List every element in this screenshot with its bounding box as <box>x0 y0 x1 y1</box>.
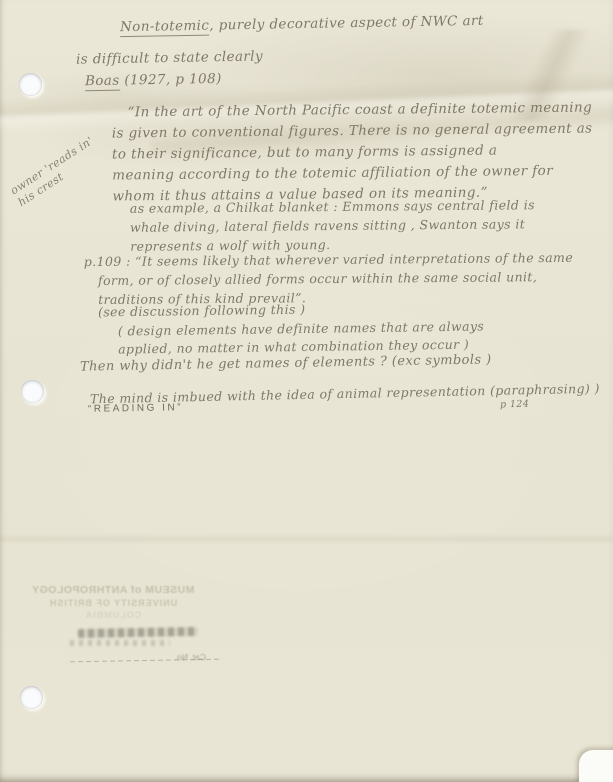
p109-quote-paragraph: p.109 : “It seems likely that wherever v… <box>84 248 574 309</box>
stamp-line-museum: MUSEUM of ANTHROPOLOGY <box>28 584 198 597</box>
title-underlined-part: Non-totemic <box>120 18 210 38</box>
note-title: Non-totemic, purely decorative aspect of… <box>120 13 484 35</box>
stamp-line-university: UNIVERSITY OF BRITISH <box>28 597 198 609</box>
punch-hole-top <box>19 73 42 96</box>
example-line: whale diving, lateral fields ravens sitt… <box>130 214 535 237</box>
citation-line: Boas (1927, p 108) <box>85 71 222 89</box>
aside-design-elements: ( design elements have definite names th… <box>118 317 485 358</box>
chilkat-example-paragraph: as example, a Chilkat blanket : Emmons s… <box>130 195 536 256</box>
turned-corner <box>579 750 613 782</box>
reading-in-label: “READING IN” <box>88 402 183 415</box>
paper-fold-line <box>0 534 613 544</box>
stamp-ink-smudge <box>70 640 170 646</box>
punch-hole-bottom <box>20 686 43 709</box>
citation-rest: (1927, p 108) <box>119 71 221 89</box>
aside-see-discussion: (see discussion following this ) <box>98 302 306 320</box>
note-subtitle: is difficult to state clearly <box>76 48 263 67</box>
margin-annotation: owner 'reads in' his crest <box>8 134 104 210</box>
boas-quote-paragraph: “In the art of the North Pacific coast a… <box>111 97 593 207</box>
museum-stamp-mirrored: MUSEUM of ANTHROPOLOGY UNIVERSITY OF BRI… <box>28 584 198 621</box>
punch-hole-middle <box>21 380 44 403</box>
citation-author: Boas <box>85 73 120 92</box>
scanned-note-page: Non-totemic, purely decorative aspect of… <box>0 0 613 782</box>
summary-page-ref: p 124 <box>500 398 530 410</box>
stamp-line-columbia: COLUMBIA <box>28 609 198 621</box>
title-rest: , purely decorative aspect of NWC art <box>209 13 484 34</box>
stamp-ink-smudge <box>78 627 198 638</box>
